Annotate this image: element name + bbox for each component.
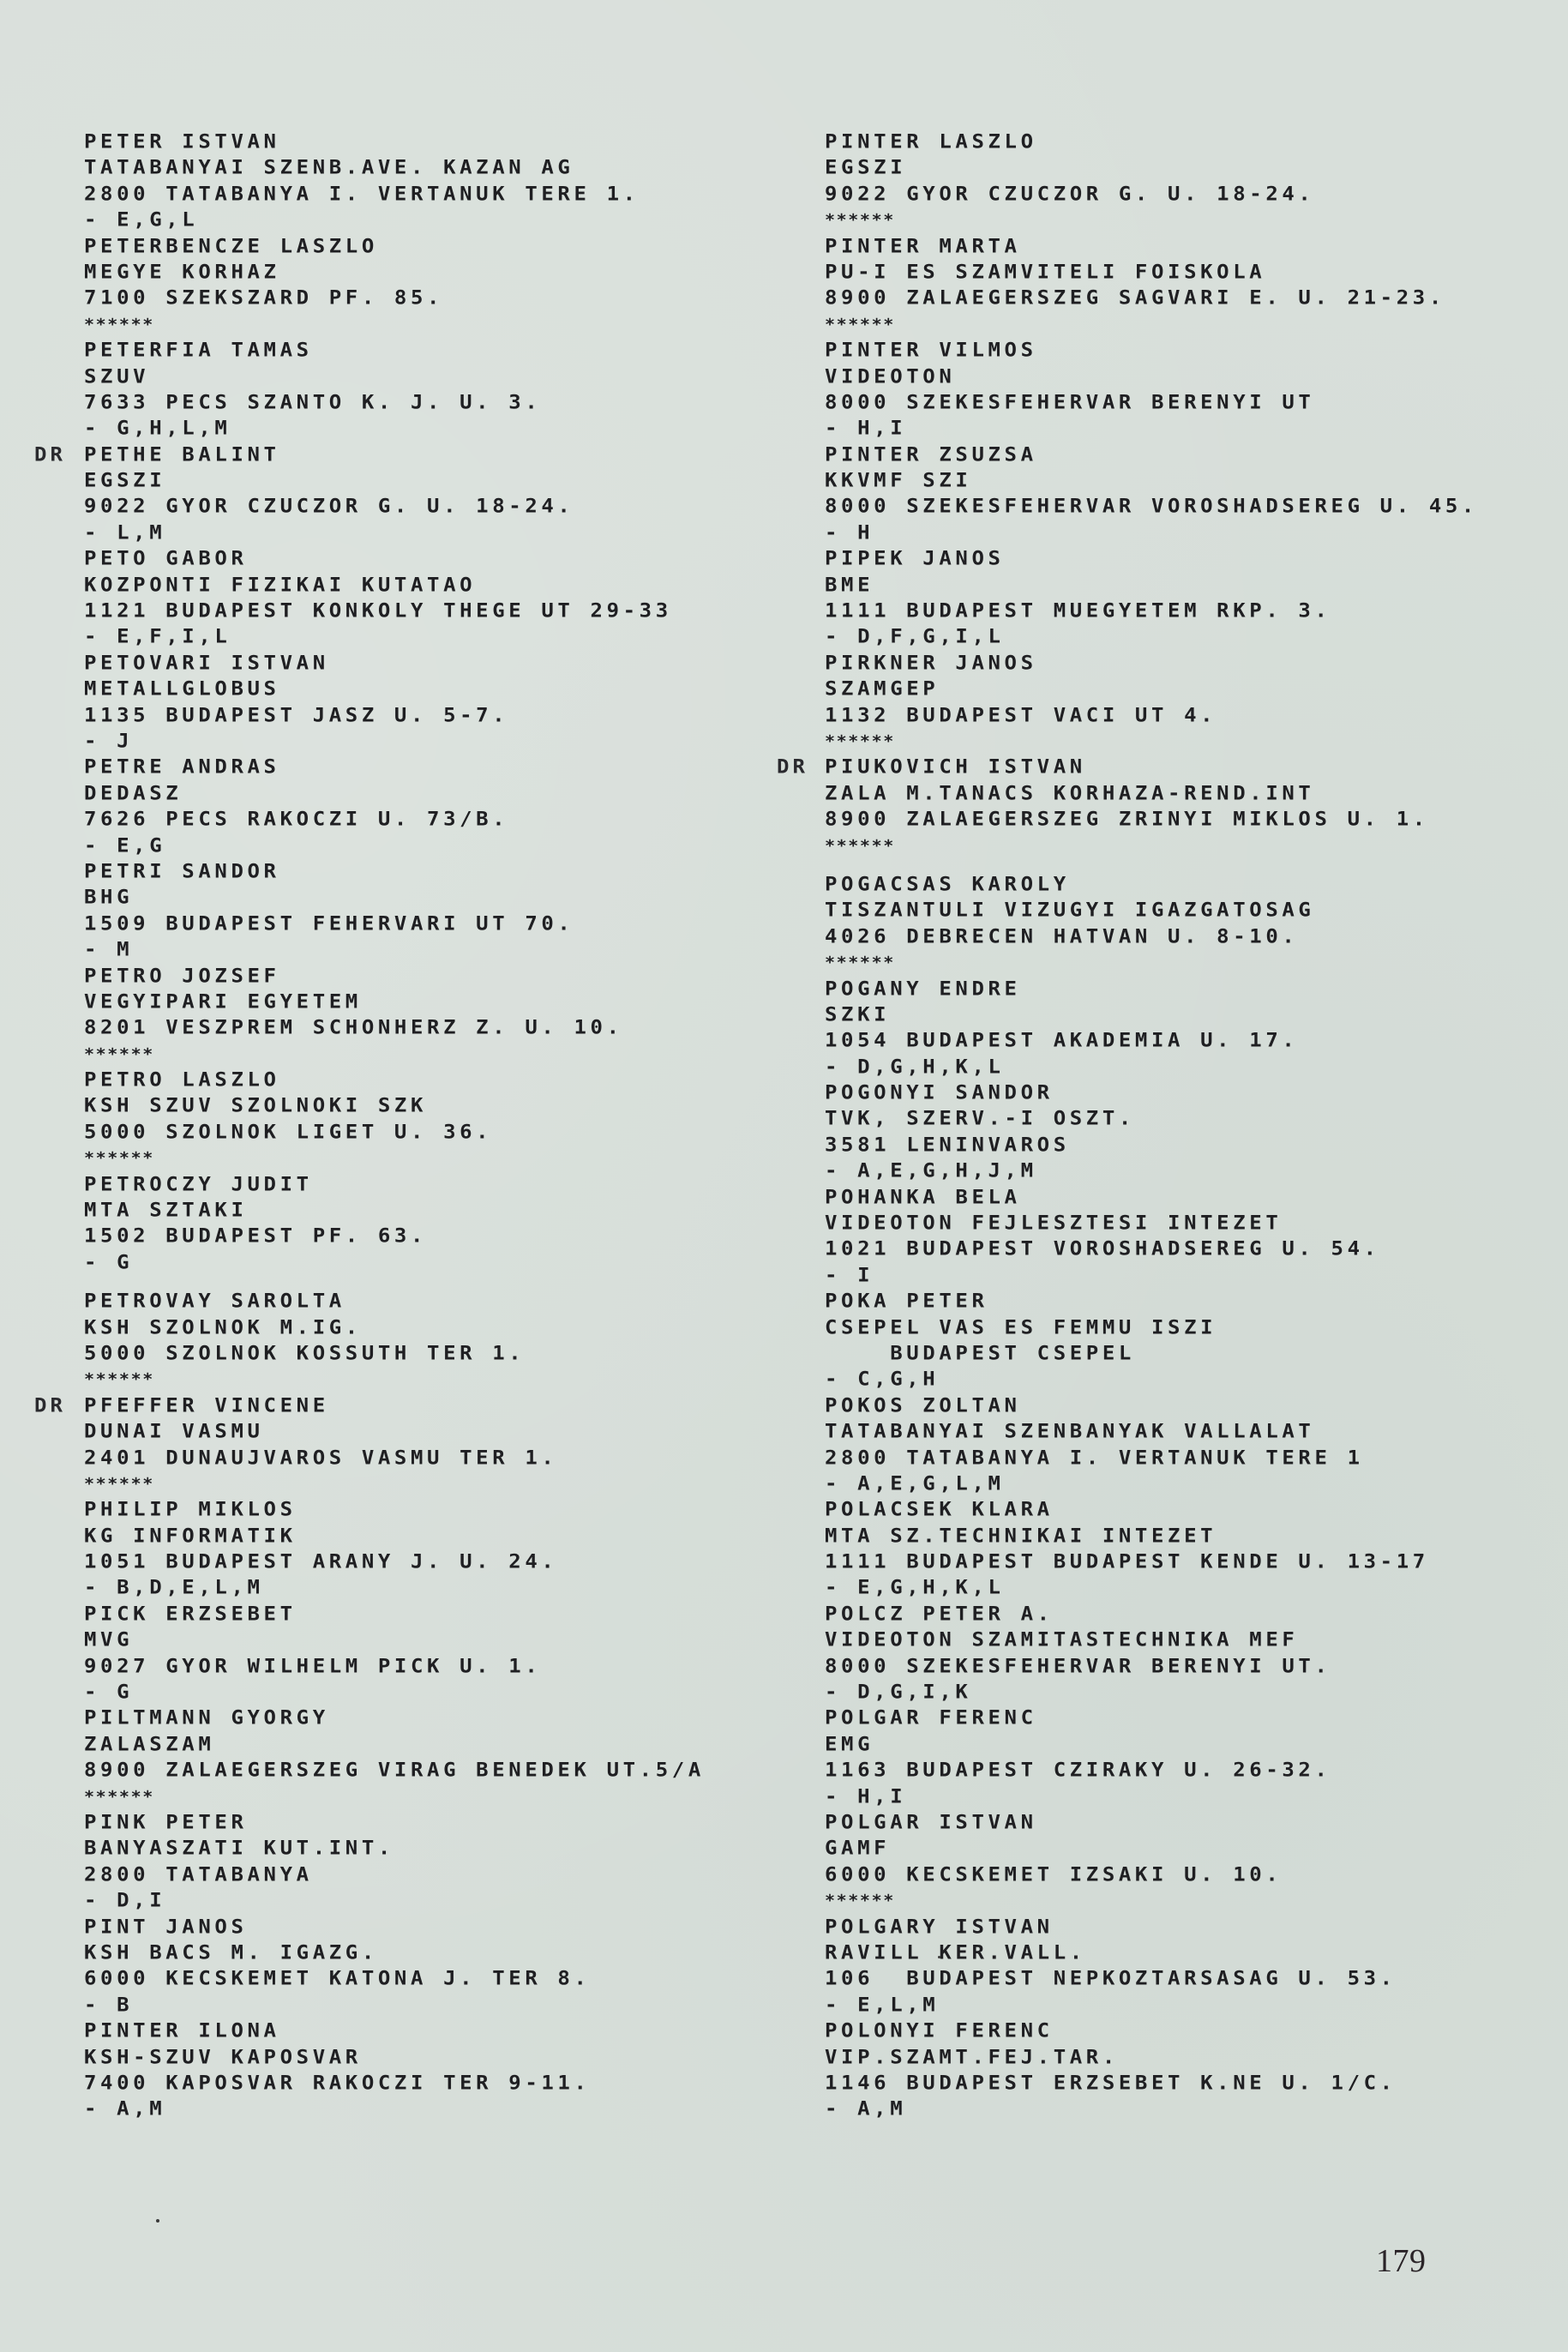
page-number: 179 bbox=[1376, 2242, 1427, 2280]
entry-address: 1502 BUDAPEST PF. 63. bbox=[84, 1224, 787, 1248]
entry-name: PIUKOVICH ISTVAN bbox=[825, 755, 1528, 779]
directory-entry: POLGAR FERENCEMG1163 BUDAPEST CZIRAKY U.… bbox=[825, 1705, 1528, 1809]
entry-category-codes: - D,I bbox=[84, 1888, 787, 1912]
entry-category-codes: - A,M bbox=[825, 2097, 1528, 2121]
directory-entry: PETERBENCZE LASZLOMEGYE KORHAZ7100 SZEKS… bbox=[84, 233, 787, 338]
left-column: PETER ISTVANTATABANYAI SZENB.AVE. KAZAN … bbox=[84, 129, 787, 2122]
directory-entry: POLGAR ISTVANGAMF6000 KECSKEMET IZSAKI U… bbox=[825, 1809, 1528, 1914]
entry-address: 1051 BUDAPEST ARANY J. U. 24. bbox=[84, 1549, 787, 1573]
entry-separator: ****** bbox=[84, 1146, 787, 1170]
entry-name: PETRI SANDOR bbox=[84, 859, 787, 883]
directory-entry: PIPEK JANOSBME1111 BUDAPEST MUEGYETEM RK… bbox=[825, 545, 1528, 650]
entry-address: 7100 SZEKSZARD PF. 85. bbox=[84, 286, 787, 310]
entry-address: 9022 GYOR CZUCZOR G. U. 18-24. bbox=[825, 182, 1528, 206]
entry-category-codes: - G bbox=[84, 1680, 787, 1704]
entry-address: 9027 GYOR WILHELM PICK U. 1. bbox=[84, 1654, 787, 1678]
entry-name: PIPEK JANOS bbox=[825, 546, 1528, 570]
directory-entry: POGONYI SANDORTVK, SZERV.-I OSZT.3581 LE… bbox=[825, 1080, 1528, 1184]
entry-organization: EGSZI bbox=[825, 156, 1528, 180]
entry-name: PETER ISTVAN bbox=[84, 129, 787, 153]
title-prefix: DR bbox=[34, 442, 66, 466]
entry-name: PFEFFER VINCENE bbox=[84, 1393, 787, 1417]
entry-separator: ****** bbox=[825, 1888, 1528, 1912]
entry-name: POKOS ZOLTAN bbox=[825, 1393, 1528, 1417]
entry-category-codes: - H bbox=[825, 520, 1528, 544]
entry-address: 7633 PECS SZANTO K. J. U. 3. bbox=[84, 390, 787, 414]
directory-page: PETER ISTVANTATABANYAI SZENB.AVE. KAZAN … bbox=[0, 0, 1568, 2352]
entry-organization: KKVMF SZI bbox=[825, 468, 1528, 492]
print-speck bbox=[156, 2219, 159, 2223]
entry-category-codes: - E,F,I,L bbox=[84, 625, 787, 649]
entry-organization: BHG bbox=[84, 886, 787, 910]
entry-separator: ****** bbox=[825, 950, 1528, 974]
entry-name: PETOVARI ISTVAN bbox=[84, 651, 787, 675]
directory-entry: PINTER VILMOSVIDEOTON8000 SZEKESFEHERVAR… bbox=[825, 337, 1528, 442]
entry-separator: ****** bbox=[84, 1368, 787, 1392]
directory-entry: DRPIUKOVICH ISTVANZALA M.TANACS KORHAZA-… bbox=[825, 754, 1528, 858]
entry-separator: ****** bbox=[825, 833, 1528, 857]
entry-category-codes: - A,E,G,L,M bbox=[825, 1471, 1528, 1495]
title-prefix: DR bbox=[34, 1393, 66, 1417]
directory-entry: DRPETHE BALINTEGSZI9022 GYOR CZUCZOR G. … bbox=[84, 442, 787, 546]
entry-category-codes: - D,F,G,I,L bbox=[825, 625, 1528, 649]
entry-organization: VIDEOTON SZAMITASTECHNIKA MEF bbox=[825, 1627, 1528, 1651]
directory-entry: PINK PETERBANYASZATI KUT.INT.2800 TATABA… bbox=[84, 1809, 787, 1914]
entry-organization: TVK, SZERV.-I OSZT. bbox=[825, 1107, 1528, 1131]
entry-organization: BANYASZATI KUT.INT. bbox=[84, 1837, 787, 1861]
entry-name: POGONYI SANDOR bbox=[825, 1080, 1528, 1104]
entry-category-codes: - H,I bbox=[825, 1784, 1528, 1808]
entry-category-codes: - J bbox=[84, 729, 787, 753]
entry-address: 1135 BUDAPEST JASZ U. 5-7. bbox=[84, 703, 787, 727]
entry-address: 1146 BUDAPEST ERZSEBET K.NE U. 1/C. bbox=[825, 2071, 1528, 2095]
entry-separator: ****** bbox=[84, 1042, 787, 1066]
entry-name: PETERFIA TAMAS bbox=[84, 338, 787, 362]
entry-category-codes: - C,G,H bbox=[825, 1368, 1528, 1392]
entry-name: PINTER MARTA bbox=[825, 234, 1528, 258]
entry-organization: SZAMGEP bbox=[825, 677, 1528, 701]
directory-entry: PICK ERZSEBETMVG9027 GYOR WILHELM PICK U… bbox=[84, 1601, 787, 1705]
entry-separator: ****** bbox=[84, 1471, 787, 1495]
entry-name: PETRE ANDRAS bbox=[84, 755, 787, 779]
entry-category-codes: - I bbox=[825, 1263, 1528, 1287]
entry-name: POLGAR ISTVAN bbox=[825, 1810, 1528, 1834]
directory-entry: PETRO LASZLOKSH SZUV SZOLNOKI SZK5000 SZ… bbox=[84, 1067, 787, 1171]
entry-organization: ZALASZAM bbox=[84, 1732, 787, 1756]
entry-name: PINTER ZSUZSA bbox=[825, 442, 1528, 466]
entry-category-codes: - G bbox=[84, 1250, 787, 1274]
entry-name: POLCZ PETER A. bbox=[825, 1602, 1528, 1626]
entry-name: PILTMANN GYORGY bbox=[84, 1706, 787, 1730]
entry-address: 2800 TATABANYA I. VERTANUK TERE 1 bbox=[825, 1446, 1528, 1470]
entry-organization: MVG bbox=[84, 1627, 787, 1651]
right-column: PINTER LASZLOEGSZI9022 GYOR CZUCZOR G. U… bbox=[825, 129, 1528, 2122]
entry-organization: RAVILL KER.VALL. bbox=[825, 1940, 1528, 1964]
directory-entry: POKA PETERCSEPEL VAS ES FEMMU ISZI BUDAP… bbox=[825, 1288, 1528, 1393]
directory-entry: POLONYI FERENCVIP.SZAMT.FEJ.TAR.1146 BUD… bbox=[825, 2018, 1528, 2122]
entry-address: 106 BUDAPEST NEPKOZTARSASAG U. 53. bbox=[825, 1967, 1528, 1991]
entry-organization: MTA SZ.TECHNIKAI INTEZET bbox=[825, 1524, 1528, 1548]
entry-address: 1509 BUDAPEST FEHERVARI UT 70. bbox=[84, 911, 787, 935]
entry-name: POKA PETER bbox=[825, 1289, 1528, 1313]
entry-organization: GAMF bbox=[825, 1837, 1528, 1861]
entry-address: 8000 SZEKESFEHERVAR VOROSHADSEREG U. 45. bbox=[825, 495, 1528, 519]
entry-organization: VIP.SZAMT.FEJ.TAR. bbox=[825, 2045, 1528, 2069]
entry-address: 5000 SZOLNOK LIGET U. 36. bbox=[84, 1120, 787, 1144]
entry-separator: ****** bbox=[84, 312, 787, 336]
entry-address: 5000 SZOLNOK KOSSUTH TER 1. bbox=[84, 1341, 787, 1365]
entry-category-codes: - M bbox=[84, 937, 787, 961]
entry-name: PICK ERZSEBET bbox=[84, 1602, 787, 1626]
entry-organization: VIDEOTON FEJLESZTESI INTEZET bbox=[825, 1211, 1528, 1235]
entry-organization: VEGYIPARI EGYETEM bbox=[84, 990, 787, 1014]
entry-name: PINTER LASZLO bbox=[825, 129, 1528, 153]
directory-entry: POHANKA BELAVIDEOTON FEJLESZTESI INTEZET… bbox=[825, 1184, 1528, 1289]
directory-entry: POKOS ZOLTANTATABANYAI SZENBANYAK VALLAL… bbox=[825, 1393, 1528, 1497]
entry-organization: KSH BACS M. IGAZG. bbox=[84, 1940, 787, 1964]
entry-name: PETROCZY JUDIT bbox=[84, 1172, 787, 1196]
entry-name: POHANKA BELA bbox=[825, 1185, 1528, 1209]
entry-category-codes: - E,G,L bbox=[84, 208, 787, 232]
entry-name: PETHE BALINT bbox=[84, 442, 787, 466]
entry-organization: PU-I ES SZAMVITELI FOISKOLA bbox=[825, 260, 1528, 284]
directory-entry: POLCZ PETER A.VIDEOTON SZAMITASTECHNIKA … bbox=[825, 1601, 1528, 1705]
directory-entry: PINT JANOSKSH BACS M. IGAZG.6000 KECSKEM… bbox=[84, 1914, 787, 2018]
directory-entry: PETRI SANDORBHG1509 BUDAPEST FEHERVARI U… bbox=[84, 858, 787, 963]
entry-organization: KG INFORMATIK bbox=[84, 1524, 787, 1548]
entry-name: POLACSEK KLARA bbox=[825, 1498, 1528, 1522]
title-prefix: DR bbox=[777, 755, 808, 779]
directory-entry: PHILIP MIKLOSKG INFORMATIK1051 BUDAPEST … bbox=[84, 1496, 787, 1601]
entry-address: 3581 LENINVAROS bbox=[825, 1133, 1528, 1157]
entry-category-codes: - A,E,G,H,J,M bbox=[825, 1158, 1528, 1182]
entry-name: PIRKNER JANOS bbox=[825, 651, 1528, 675]
directory-entry: PINTER LASZLOEGSZI9022 GYOR CZUCZOR G. U… bbox=[825, 129, 1528, 233]
directory-entry: PETRE ANDRASDEDASZ7626 PECS RAKOCZI U. 7… bbox=[84, 754, 787, 858]
entry-address: 1111 BUDAPEST BUDAPEST KENDE U. 13-17 bbox=[825, 1549, 1528, 1573]
entry-organization: EMG bbox=[825, 1732, 1528, 1756]
directory-entry: POGANY ENDRESZKI1054 BUDAPEST AKADEMIA U… bbox=[825, 976, 1528, 1080]
entry-address: 8900 ZALAEGERSZEG ZRINYI MIKLOS U. 1. bbox=[825, 807, 1528, 831]
entry-organization: VIDEOTON bbox=[825, 364, 1528, 388]
entry-category-codes: - L,M bbox=[84, 520, 787, 544]
entry-address: 8000 SZEKESFEHERVAR BERENYI UT bbox=[825, 390, 1528, 414]
entry-address: 2401 DUNAUJVAROS VASMU TER 1. bbox=[84, 1446, 787, 1470]
directory-entry: PETOVARI ISTVANMETALLGLOBUS1135 BUDAPEST… bbox=[84, 650, 787, 755]
entry-address: 7626 PECS RAKOCZI U. 73/B. bbox=[84, 807, 787, 831]
entry-name: POLONYI FERENC bbox=[825, 2018, 1528, 2042]
entry-address: 1121 BUDAPEST KONKOLY THEGE UT 29-33 bbox=[84, 599, 787, 623]
directory-entry: PETROCZY JUDITMTA SZTAKI1502 BUDAPEST PF… bbox=[84, 1171, 787, 1276]
entry-address: 2800 TATABANYA bbox=[84, 1862, 787, 1886]
entry-name: PHILIP MIKLOS bbox=[84, 1498, 787, 1522]
entry-address: 1111 BUDAPEST MUEGYETEM RKP. 3. bbox=[825, 599, 1528, 623]
directory-entry: PETO GABORKOZPONTI FIZIKAI KUTATAO1121 B… bbox=[84, 545, 787, 650]
entry-category-codes: - E,G bbox=[84, 833, 787, 857]
entry-organization: CSEPEL VAS ES FEMMU ISZI bbox=[825, 1315, 1528, 1339]
entry-address: 8201 VESZPREM SCHONHERZ Z. U. 10. bbox=[84, 1015, 787, 1039]
entry-address: BUDAPEST CSEPEL bbox=[825, 1341, 1528, 1365]
entry-organization: KSH SZOLNOK M.IG. bbox=[84, 1315, 787, 1339]
print-speck bbox=[938, 1956, 940, 1958]
entry-address: 6000 KECSKEMET KATONA J. TER 8. bbox=[84, 1967, 787, 1991]
entry-category-codes: - D,G,H,K,L bbox=[825, 1055, 1528, 1079]
entry-name: PINT JANOS bbox=[84, 1915, 787, 1939]
entry-category-codes: - D,G,I,K bbox=[825, 1680, 1528, 1704]
entry-name: PETO GABOR bbox=[84, 546, 787, 570]
directory-entry: PETER ISTVANTATABANYAI SZENB.AVE. KAZAN … bbox=[84, 129, 787, 233]
directory-entry: PINTER MARTAPU-I ES SZAMVITELI FOISKOLA8… bbox=[825, 233, 1528, 338]
entry-category-codes: - G,H,L,M bbox=[84, 417, 787, 441]
entry-separator: ****** bbox=[84, 1784, 787, 1808]
entry-address: 7400 KAPOSVAR RAKOCZI TER 9-11. bbox=[84, 2071, 787, 2095]
entry-name: POLGAR FERENC bbox=[825, 1706, 1528, 1730]
entry-organization: KSH SZUV SZOLNOKI SZK bbox=[84, 1094, 787, 1118]
entry-organization: TISZANTULI VIZUGYI IGAZGATOSAG bbox=[825, 899, 1528, 923]
entry-organization: MEGYE KORHAZ bbox=[84, 260, 787, 284]
entry-organization: KOZPONTI FIZIKAI KUTATAO bbox=[84, 573, 787, 597]
entry-category-codes: - E,G,H,K,L bbox=[825, 1576, 1528, 1600]
entry-category-codes: - H,I bbox=[825, 417, 1528, 441]
entry-category-codes: - E,L,M bbox=[825, 1993, 1528, 2017]
entry-address: 9022 GYOR CZUCZOR G. U. 18-24. bbox=[84, 495, 787, 519]
entry-address: 8900 ZALAEGERSZEG SAGVARI E. U. 21-23. bbox=[825, 286, 1528, 310]
directory-entry: POGACSAS KAROLYTISZANTULI VIZUGYI IGAZGA… bbox=[825, 871, 1528, 976]
entry-address: 2800 TATABANYA I. VERTANUK TERE 1. bbox=[84, 182, 787, 206]
entry-organization: TATABANYAI SZENB.AVE. KAZAN AG bbox=[84, 156, 787, 180]
entry-organization: METALLGLOBUS bbox=[84, 677, 787, 701]
entry-address: 1132 BUDAPEST VACI UT 4. bbox=[825, 703, 1528, 727]
entry-name: POLGARY ISTVAN bbox=[825, 1915, 1528, 1939]
entry-organization: DEDASZ bbox=[84, 781, 787, 805]
entry-name: PETROVAY SAROLTA bbox=[84, 1289, 787, 1313]
entry-address: 8900 ZALAEGERSZEG VIRAG BENEDEK UT.5/A bbox=[84, 1758, 787, 1782]
entry-organization: MTA SZTAKI bbox=[84, 1198, 787, 1222]
directory-entry: PILTMANN GYORGYZALASZAM8900 ZALAEGERSZEG… bbox=[84, 1705, 787, 1809]
entry-separator: ****** bbox=[825, 312, 1528, 336]
entry-address: 4026 DEBRECEN HATVAN U. 8-10. bbox=[825, 924, 1528, 948]
entry-separator: ****** bbox=[825, 729, 1528, 753]
entry-name: PINTER ILONA bbox=[84, 2018, 787, 2042]
entry-category-codes: - B bbox=[84, 1993, 787, 2017]
entry-name: POGANY ENDRE bbox=[825, 977, 1528, 1001]
entry-organization: SZKI bbox=[825, 1002, 1528, 1026]
directory-entry: PETROVAY SAROLTAKSH SZOLNOK M.IG.5000 SZ… bbox=[84, 1288, 787, 1393]
entry-separator: ****** bbox=[825, 208, 1528, 232]
entry-organization: TATABANYAI SZENBANYAK VALLALAT bbox=[825, 1419, 1528, 1443]
entry-organization: ZALA M.TANACS KORHAZA-REND.INT bbox=[825, 781, 1528, 805]
directory-entry: POLACSEK KLARAMTA SZ.TECHNIKAI INTEZET11… bbox=[825, 1496, 1528, 1601]
entry-address: 1021 BUDAPEST VOROSHADSEREG U. 54. bbox=[825, 1237, 1528, 1261]
entry-address: 8000 SZEKESFEHERVAR BERENYI UT. bbox=[825, 1654, 1528, 1678]
entry-organization: EGSZI bbox=[84, 468, 787, 492]
entry-address: 1054 BUDAPEST AKADEMIA U. 17. bbox=[825, 1028, 1528, 1052]
entry-organization: DUNAI VASMU bbox=[84, 1419, 787, 1443]
entry-name: PETRO JOZSEF bbox=[84, 964, 787, 988]
entry-category-codes: - B,D,E,L,M bbox=[84, 1576, 787, 1600]
directory-entry: PIRKNER JANOSSZAMGEP1132 BUDAPEST VACI U… bbox=[825, 650, 1528, 755]
entry-name: PINK PETER bbox=[84, 1810, 787, 1834]
entry-organization: KSH-SZUV KAPOSVAR bbox=[84, 2045, 787, 2069]
directory-entry: PETRO JOZSEFVEGYIPARI EGYETEM8201 VESZPR… bbox=[84, 963, 787, 1068]
entry-name: PINTER VILMOS bbox=[825, 338, 1528, 362]
entry-name: PETERBENCZE LASZLO bbox=[84, 234, 787, 258]
entry-address: 1163 BUDAPEST CZIRAKY U. 26-32. bbox=[825, 1758, 1528, 1782]
entry-category-codes: - A,M bbox=[84, 2097, 787, 2121]
entry-organization: SZUV bbox=[84, 364, 787, 388]
directory-entry: PINTER ILONAKSH-SZUV KAPOSVAR7400 KAPOSV… bbox=[84, 2018, 787, 2122]
directory-entry: PINTER ZSUZSAKKVMF SZI8000 SZEKESFEHERVA… bbox=[825, 442, 1528, 546]
entry-organization: BME bbox=[825, 573, 1528, 597]
directory-entry: PETERFIA TAMASSZUV7633 PECS SZANTO K. J.… bbox=[84, 337, 787, 442]
directory-entry: POLGARY ISTVANRAVILL KER.VALL.106 BUDAPE… bbox=[825, 1914, 1528, 2018]
directory-entry: DRPFEFFER VINCENEDUNAI VASMU2401 DUNAUJV… bbox=[84, 1393, 787, 1497]
entry-name: PETRO LASZLO bbox=[84, 1068, 787, 1092]
entry-address: 6000 KECSKEMET IZSAKI U. 10. bbox=[825, 1862, 1528, 1886]
entry-name: POGACSAS KAROLY bbox=[825, 872, 1528, 896]
